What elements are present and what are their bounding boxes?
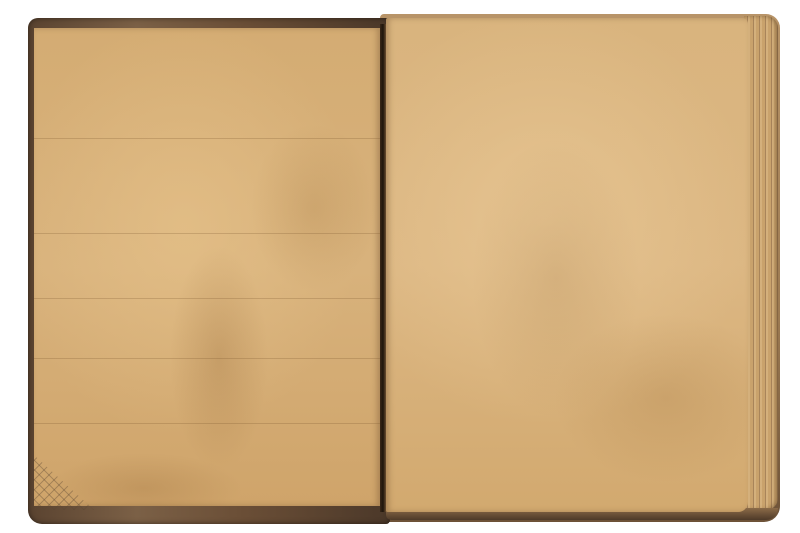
open-book xyxy=(0,0,800,533)
right-page xyxy=(386,18,748,512)
paper-crease xyxy=(34,423,380,424)
paper-crease xyxy=(34,233,380,234)
paper-crease xyxy=(34,358,380,359)
left-page xyxy=(34,28,380,506)
paper-crease xyxy=(34,298,380,299)
page-stack-edges xyxy=(744,16,778,510)
paper-crease xyxy=(34,138,380,139)
